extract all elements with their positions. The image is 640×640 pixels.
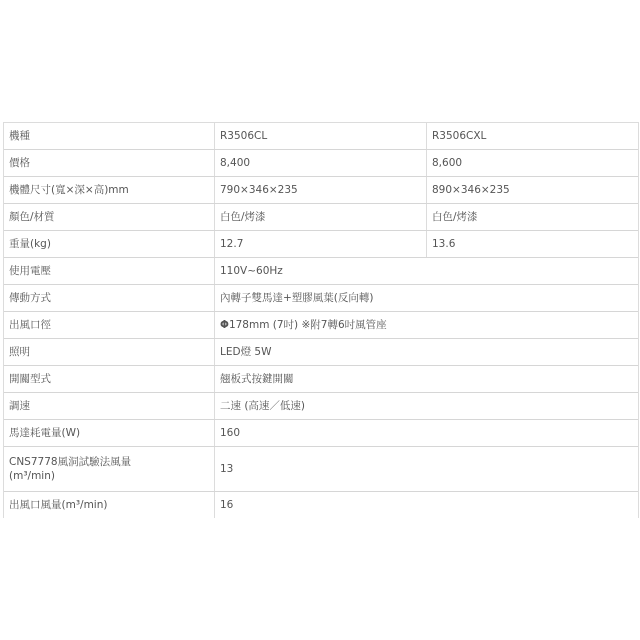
row-label: 機種 bbox=[4, 123, 215, 149]
row-label-line2: (m³/min) bbox=[9, 469, 55, 483]
table-row-model: 機種 R3506CL R3506CXL bbox=[4, 123, 638, 150]
cell-outlet-airflow: 16 bbox=[215, 492, 638, 518]
cell-price-2: 8,600 bbox=[427, 150, 638, 176]
cell-model-1: R3506CL bbox=[215, 123, 427, 149]
table-row-weight: 重量(kg) 12.7 13.6 bbox=[4, 231, 638, 258]
table-row-outlet-airflow: 出風口風量(m³/min) 16 bbox=[4, 492, 638, 518]
cell-cns-airflow: 13 bbox=[215, 447, 638, 491]
row-label: 調速 bbox=[4, 393, 215, 419]
row-label: 照明 bbox=[4, 339, 215, 365]
row-label: 出風口風量(m³/min) bbox=[4, 492, 215, 518]
cell-outlet-diameter: Φ178mm (7吋) ※附7轉6吋風管座 bbox=[215, 312, 638, 338]
cell-switch-type: 翹板式按鍵開關 bbox=[215, 366, 638, 392]
cell-color-1: 白色/烤漆 bbox=[215, 204, 427, 230]
row-label: 開關型式 bbox=[4, 366, 215, 392]
row-label: 機體尺寸(寬×深×高)mm bbox=[4, 177, 215, 203]
cell-lighting: LED燈 5W bbox=[215, 339, 638, 365]
table-row-outlet-diameter: 出風口徑 Φ178mm (7吋) ※附7轉6吋風管座 bbox=[4, 312, 638, 339]
cell-price-1: 8,400 bbox=[215, 150, 427, 176]
cell-speed: 二速 (高速／低速) bbox=[215, 393, 638, 419]
row-label: CNS7778風洞試驗法風量 (m³/min) bbox=[4, 447, 215, 491]
table-row-voltage: 使用電壓 110V~60Hz bbox=[4, 258, 638, 285]
row-label: 價格 bbox=[4, 150, 215, 176]
cell-dimensions-2: 890×346×235 bbox=[427, 177, 638, 203]
cell-motor-power: 160 bbox=[215, 420, 638, 446]
table-row-dimensions: 機體尺寸(寬×深×高)mm 790×346×235 890×346×235 bbox=[4, 177, 638, 204]
cell-drive: 內轉子雙馬達+塑膠風葉(反向轉) bbox=[215, 285, 638, 311]
table-row-price: 價格 8,400 8,600 bbox=[4, 150, 638, 177]
table-row-cns-airflow: CNS7778風洞試驗法風量 (m³/min) 13 bbox=[4, 447, 638, 492]
outlet-diameter-value: 178mm (7吋) ※附7轉6吋風管座 bbox=[229, 318, 387, 332]
row-label: 使用電壓 bbox=[4, 258, 215, 284]
cell-color-2: 白色/烤漆 bbox=[427, 204, 638, 230]
cell-dimensions-1: 790×346×235 bbox=[215, 177, 427, 203]
cell-weight-1: 12.7 bbox=[215, 231, 427, 257]
row-label: 顏色/材質 bbox=[4, 204, 215, 230]
row-label-line1: CNS7778風洞試驗法風量 bbox=[9, 455, 131, 469]
cell-voltage: 110V~60Hz bbox=[215, 258, 638, 284]
table-row-color: 顏色/材質 白色/烤漆 白色/烤漆 bbox=[4, 204, 638, 231]
row-label: 馬達耗電量(W) bbox=[4, 420, 215, 446]
row-label: 出風口徑 bbox=[4, 312, 215, 338]
table-row-drive: 傳動方式 內轉子雙馬達+塑膠風葉(反向轉) bbox=[4, 285, 638, 312]
row-label: 重量(kg) bbox=[4, 231, 215, 257]
table-row-switch-type: 開關型式 翹板式按鍵開關 bbox=[4, 366, 638, 393]
phi-symbol: Φ bbox=[220, 318, 229, 332]
table-row-speed: 調速 二速 (高速／低速) bbox=[4, 393, 638, 420]
spec-table: 機種 R3506CL R3506CXL 價格 8,400 8,600 機體尺寸(… bbox=[3, 122, 639, 518]
cell-weight-2: 13.6 bbox=[427, 231, 638, 257]
cell-model-2: R3506CXL bbox=[427, 123, 638, 149]
table-row-lighting: 照明 LED燈 5W bbox=[4, 339, 638, 366]
table-row-motor-power: 馬達耗電量(W) 160 bbox=[4, 420, 638, 447]
row-label: 傳動方式 bbox=[4, 285, 215, 311]
